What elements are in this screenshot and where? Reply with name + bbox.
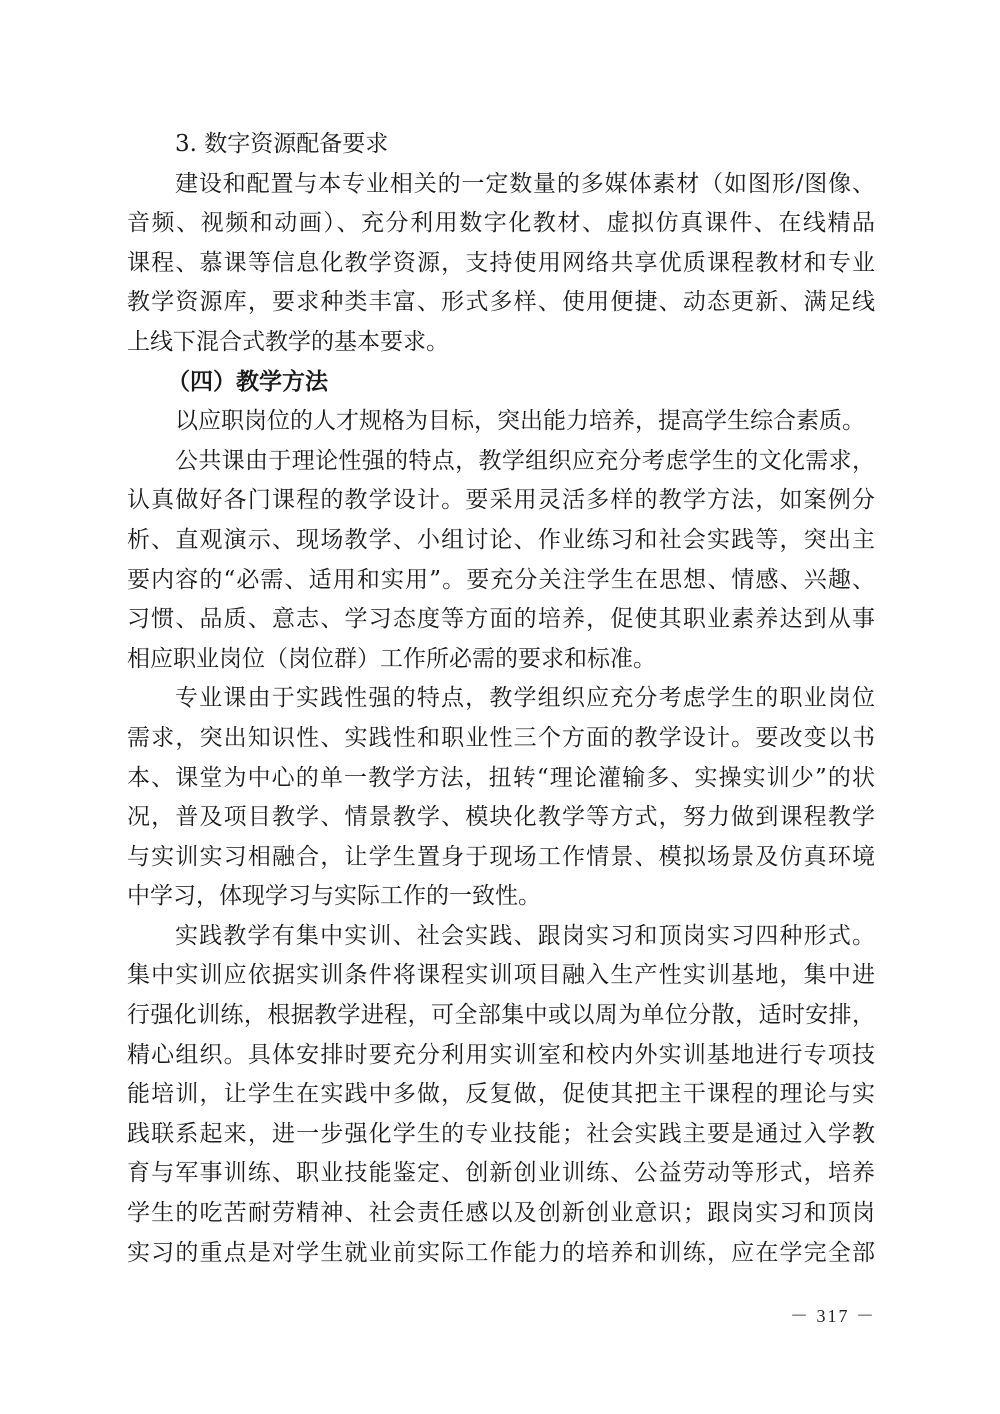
paragraph-line: 析、直观演示、现场教学、小组讨论、作业练习和社会实践等，突出主 (127, 521, 875, 561)
paragraph-line: 需求，突出知识性、实践性和职业性三个方面的教学设计。要改变以书 (127, 719, 875, 759)
paragraph-line: 实践教学有集中实训、社会实践、跟岗实习和顶岗实习四种形式。 (127, 917, 875, 957)
paragraph-line: 音频、视频和动画）、充分利用数字化教材、虚拟仿真课件、在线精品 (127, 204, 875, 244)
paragraph-line: 本、课堂为中心的单一教学方法，扭转“理论灌输多、实操实训少”的状 (127, 759, 875, 799)
paragraph-line: 教学资源库，要求种类丰富、形式多样、使用便捷、动态更新、满足线 (127, 283, 875, 323)
paragraph-line: 精心组织。具体安排时要充分利用实训室和校内外实训基地进行专项技 (127, 1036, 875, 1076)
paragraph-line: 专业课由于实践性强的特点，教学组织应充分考虑学生的职业岗位 (127, 679, 875, 719)
paragraph-line: 能培训，让学生在实践中多做，反复做，促使其把主干课程的理论与实 (127, 1075, 875, 1115)
paragraph-line: 况，普及项目教学、情景教学、模块化教学等方式，努力做到课程教学 (127, 798, 875, 838)
paragraph-line: 要内容的“必需、适用和实用”。要充分关注学生在思想、情感、兴趣、 (127, 561, 875, 601)
paragraph-line: 建设和配置与本专业相关的一定数量的多媒体素材（如图形/图像、 (127, 165, 875, 205)
paragraph-line: 与实训实习相融合，让学生置身于现场工作情景、模拟场景及仿真环境 (127, 838, 875, 878)
page-number: － 317 － (790, 1302, 876, 1328)
paragraph-line: 行强化训练，根据教学进程，可全部集中或以周为单位分散，适时安排， (127, 996, 875, 1036)
paragraph-line: 育与军事训练、职业技能鉴定、创新创业训练、公益劳动等形式，培养 (127, 1154, 875, 1194)
paragraph-line: 实习的重点是对学生就业前实际工作能力的培养和训练，应在学完全部 (127, 1234, 875, 1274)
paragraph-line: 上线下混合式教学的基本要求。 (127, 323, 875, 363)
document-page: 3. 数字资源配备要求 建设和配置与本专业相关的一定数量的多媒体素材（如图形/图… (127, 125, 875, 1273)
paragraph-line: 集中实训应依据实训条件将课程实训项目融入生产性实训基地，集中进 (127, 956, 875, 996)
paragraph-line: 公共课由于理论性强的特点，教学组织应充分考虑学生的文化需求， (127, 442, 875, 482)
paragraph-line: 践联系起来，进一步强化学生的专业技能；社会实践主要是通过入学教 (127, 1115, 875, 1155)
paragraph-line: 学生的吃苦耐劳精神、社会责任感以及创新创业意识；跟岗实习和顶岗 (127, 1194, 875, 1234)
section-heading-digital-resources: 3. 数字资源配备要求 (127, 125, 875, 165)
section-heading-teaching-methods: （四）教学方法 (127, 363, 875, 403)
paragraph-line: 习惯、品质、意志、学习态度等方面的培养，促使其职业素养达到从事 (127, 600, 875, 640)
paragraph-line: 课程、慕课等信息化教学资源，支持使用网络共享优质课程教材和专业 (127, 244, 875, 284)
paragraph-line: 以应职岗位的人才规格为目标，突出能力培养，提高学生综合素质。 (127, 402, 875, 442)
paragraph-line: 认真做好各门课程的教学设计。要采用灵活多样的教学方法，如案例分 (127, 481, 875, 521)
paragraph-line: 相应职业岗位（岗位群）工作所必需的要求和标准。 (127, 640, 875, 680)
paragraph-line: 中学习，体现学习与实际工作的一致性。 (127, 877, 875, 917)
